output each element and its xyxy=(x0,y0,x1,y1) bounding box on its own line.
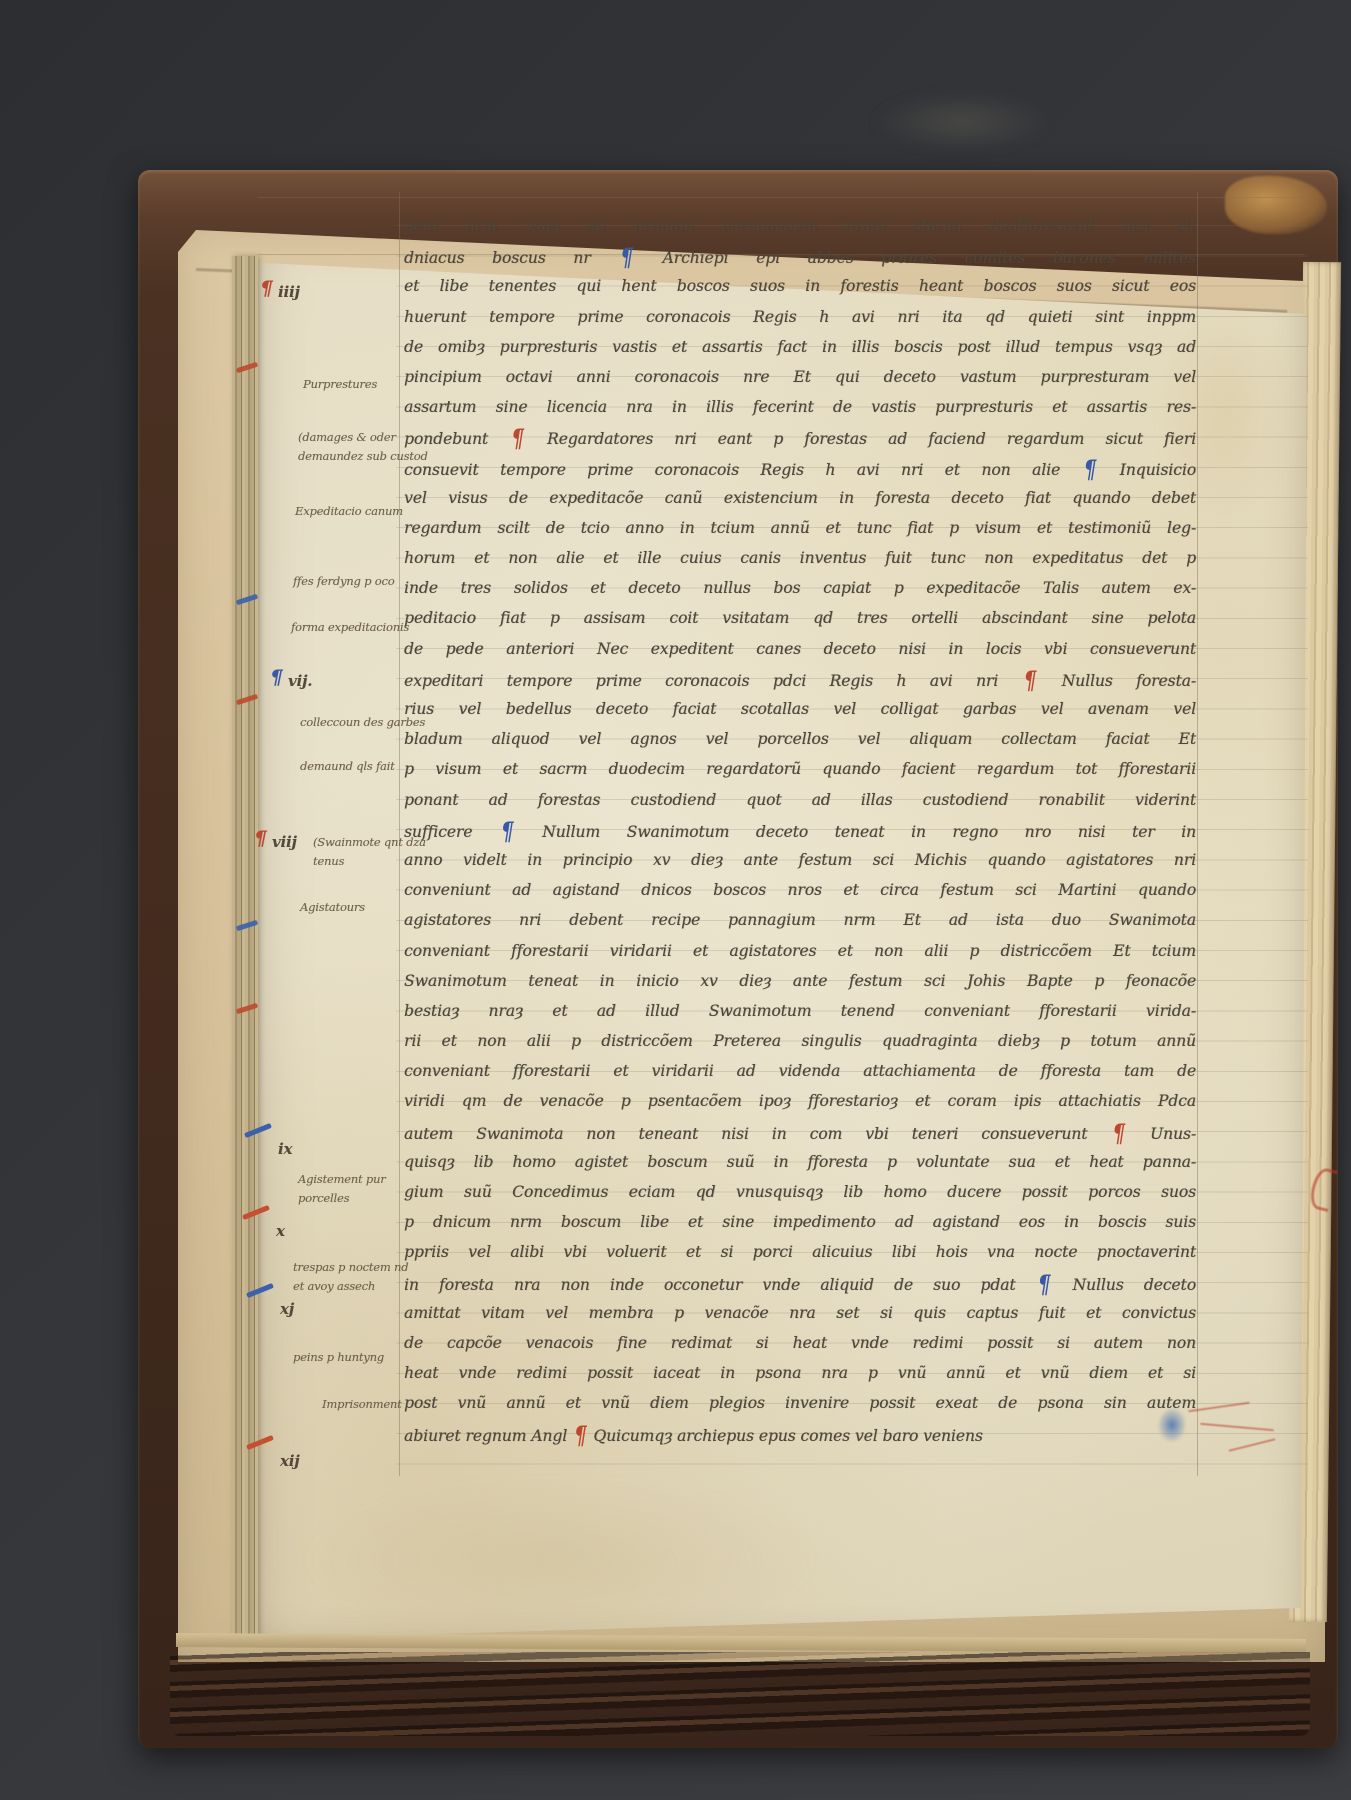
margin-note-line: viij xyxy=(272,833,297,852)
margin-note: Agistatours xyxy=(300,898,365,917)
text-line-6: pincipium octavi anni coronacois nre Et … xyxy=(404,362,1196,392)
bottom-cover-ridges xyxy=(170,1652,1310,1736)
text-line-25: conveniant fforestarii viridarii et agis… xyxy=(404,936,1196,966)
text-line-1: pem nrm vsqȝ ad primam coronacoẽm nram s… xyxy=(404,211,1196,241)
blue-pilcrow-icon: ¶ xyxy=(501,812,514,850)
margin-note-line: x xyxy=(276,1222,285,1241)
text-line-34: p dnicum nrm boscum libe et sine impedim… xyxy=(404,1207,1196,1237)
margin-note: Agistement purporcelles xyxy=(298,1170,386,1208)
chapter-numeral-ix: ix xyxy=(278,1140,292,1159)
text-line-41: abiuret regnum Angl ¶ Quicumqȝ archiepus… xyxy=(404,1419,1196,1449)
pilcrow-red-paraph-icon: ¶ xyxy=(254,829,267,848)
margin-note-line: ix xyxy=(278,1140,292,1159)
text-line-26: Swanimotum teneat in inicio xv dieȝ ante… xyxy=(404,966,1196,996)
text-line-35: ppriis vel alibi vbi voluerit et si porc… xyxy=(404,1237,1196,1267)
ruling-line-wide xyxy=(258,197,1304,198)
text-line-38: de capcõe venacois fine redimat si heat … xyxy=(404,1328,1196,1358)
red-pilcrow-icon: ¶ xyxy=(574,1416,587,1454)
margin-note-line: demaund qls fait xyxy=(300,757,395,776)
margin-note: forma expeditacionis xyxy=(291,618,409,637)
text-line-28: rii et non alii p districcõem Preterea s… xyxy=(404,1026,1196,1056)
blue-pilcrow-icon: ¶ xyxy=(620,239,633,277)
blue-pilcrow-icon: ¶ xyxy=(1038,1265,1051,1303)
margin-note: demaund qls fait xyxy=(300,757,395,776)
text-line-11: regardum scilt de tcio anno in tcium ann… xyxy=(404,513,1196,543)
margin-note-line: Purprestures xyxy=(303,375,377,394)
text-line-39: heat vnde redimi possit iaceat in psona … xyxy=(404,1358,1196,1388)
chapter-numeral-vij: ¶vij. xyxy=(288,672,312,691)
blue-pilcrow-icon: ¶ xyxy=(1084,450,1097,488)
text-line-30: viridi qm de venacõe p psentacõem ipoȝ f… xyxy=(404,1086,1196,1116)
margin-note-line: et avoy assech xyxy=(293,1277,408,1296)
margin-note-line: Agistement pur xyxy=(298,1170,386,1189)
text-line-29: conveniant fforestarii et viridarii ad v… xyxy=(404,1056,1196,1086)
margin-note-line: ffes ferdyng p oco xyxy=(293,572,394,591)
text-line-19: p visum et sacrm duodecim regardatorũ qu… xyxy=(404,754,1196,784)
text-line-27: bestiaȝ nraȝ et ad illud Swanimotum tene… xyxy=(404,996,1196,1026)
text-line-17: rius vel bedellus deceto faciat scotalla… xyxy=(404,694,1196,724)
text-line-32: quisqȝ lib homo agistet boscum suũ in ff… xyxy=(404,1147,1196,1177)
text-line-13: inde tres solidos et deceto nullus bos c… xyxy=(404,573,1196,603)
text-line-18: bladum aliquod vel agnos vel porcellos v… xyxy=(404,724,1196,754)
gutter-folio-edges xyxy=(232,256,258,1638)
margin-note-line: Agistatours xyxy=(300,898,365,917)
red-pilcrow-icon: ¶ xyxy=(511,420,524,458)
margin-note-line: xij xyxy=(280,1452,299,1471)
chapter-numeral-xij: xij xyxy=(280,1452,299,1471)
text-line-7: assartum sine licencia nra in illis fece… xyxy=(404,392,1196,422)
chapter-numeral-iiij: ¶iiij xyxy=(278,283,300,302)
text-line-8: pondebunt ¶ Regardatores nri eant p fore… xyxy=(404,422,1196,452)
margin-note: peins p huntyng xyxy=(293,1348,384,1367)
text-line-36: in foresta nra non inde occonetur vnde a… xyxy=(404,1268,1196,1298)
chapter-numeral-viij: ¶viij xyxy=(272,833,297,852)
text-line-5: de omibȝ purpresturis vastis et assartis… xyxy=(404,332,1196,362)
margin-note: Imprisonment xyxy=(322,1395,402,1414)
text-line-22: anno videlt in principio xv dieȝ ante fe… xyxy=(404,845,1196,875)
red-pilcrow-icon: ¶ xyxy=(1112,1114,1125,1152)
text-line-3: et libe tenentes qui hent boscos suos in… xyxy=(404,271,1196,301)
text-line-23: conveniunt ad agistand dnicos boscos nro… xyxy=(404,875,1196,905)
margin-note: Purprestures xyxy=(303,375,377,394)
margin-note-line: Expeditacio canum xyxy=(295,502,403,521)
text-line-21: sufficere ¶ Nullum Swanimotum deceto ten… xyxy=(404,815,1196,845)
text-line-10: vel visus de expeditacõe canũ existenciu… xyxy=(404,483,1196,513)
text-line-33: gium suũ Concedimus eciam qd vnusquisqȝ … xyxy=(404,1177,1196,1207)
manuscript-photo: ¶iiijPurprestures(damages & oderdemaunde… xyxy=(0,0,1351,1800)
text-line-37: amittat vitam vel membra p venacõe nra s… xyxy=(404,1298,1196,1328)
text-line-16: expeditari tempore prime coronacois pdci… xyxy=(404,664,1196,694)
text-line-40: post vnũ annũ et vnũ diem plegios inveni… xyxy=(404,1388,1196,1418)
text-line-2: dniacus boscus nr ¶ Archiepi epi abbes p… xyxy=(404,241,1196,271)
pilcrow-red-paraph-icon: ¶ xyxy=(260,279,273,298)
text-line-14: peditacio fiat p assisam coit vsitatam q… xyxy=(404,603,1196,633)
margin-note-line: xj xyxy=(280,1300,294,1319)
text-line-12: horum et non alie et ille cuius canis in… xyxy=(404,543,1196,573)
pilcrow-blue-paraph-icon: ¶ xyxy=(270,668,283,687)
margin-note-line: vij. xyxy=(288,672,312,691)
text-line-20: ponant ad forestas custodiend quot ad il… xyxy=(404,785,1196,815)
text-line-4: huerunt tempore prime coronacois Regis h… xyxy=(404,302,1196,332)
margin-note-line: forma expeditacionis xyxy=(291,618,409,637)
margin-note-line: Imprisonment xyxy=(322,1395,402,1414)
text-line-15: de pede anteriori Nec expeditent canes d… xyxy=(404,634,1196,664)
text-line-24: agistatores nri debent recipe pannagium … xyxy=(404,905,1196,935)
chapter-numeral-xj: xj xyxy=(280,1300,294,1319)
margin-note: trespas p noctem ndet avoy assech xyxy=(293,1258,408,1296)
text-line-31: autem Swanimota non teneant nisi in com … xyxy=(404,1117,1196,1147)
right-ruling-line xyxy=(1197,192,1198,1476)
margin-note-line: peins p huntyng xyxy=(293,1348,384,1367)
margin-note-line: trespas p noctem nd xyxy=(293,1258,408,1277)
chapter-numeral-x: x xyxy=(276,1222,285,1241)
margin-note: Expeditacio canum xyxy=(295,502,403,521)
margin-note-line: iiij xyxy=(278,283,300,302)
ink-smudge xyxy=(872,92,1052,152)
margin-note-line: porcelles xyxy=(298,1189,386,1208)
main-text-block: pem nrm vsqȝ ad primam coronacoẽm nram s… xyxy=(404,211,1196,1449)
red-pilcrow-icon: ¶ xyxy=(1024,661,1037,699)
margin-note: ffes ferdyng p oco xyxy=(293,572,394,591)
